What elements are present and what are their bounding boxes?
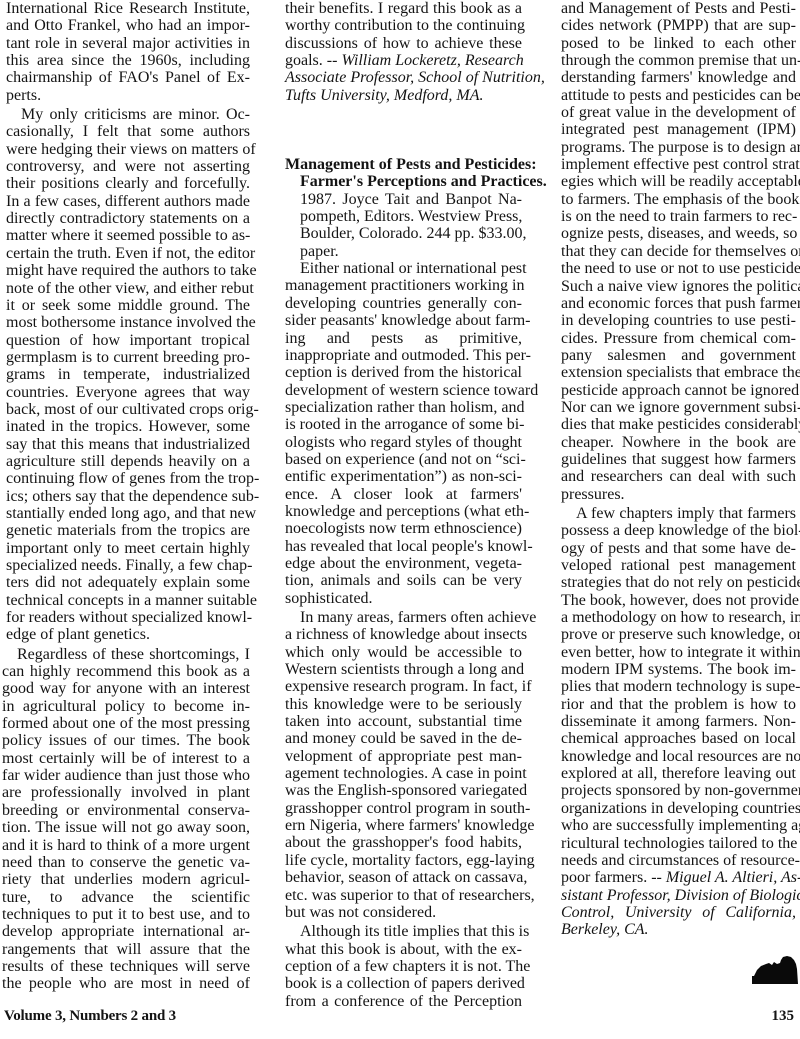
text-line: back, most of our cultivated crops orig-: [6, 401, 250, 418]
text-line: expensive research program. In fact, if: [285, 678, 522, 695]
text-line: stantially ended long ago, and that new: [6, 505, 250, 522]
review-closing-text: goals. --: [285, 52, 341, 69]
text-line: is on the need to train farmers to rec-: [561, 208, 796, 225]
text-line: specialized needs. Finally, a few chap-: [6, 557, 250, 574]
text-line: discussions of how to achieve these: [285, 35, 522, 52]
paragraph-few-chapters: A few chapters imply that farmers posses…: [561, 505, 796, 939]
text-line: egies which will be readily acceptable: [561, 173, 796, 190]
text-line: implement effective pest control strat-: [561, 156, 796, 173]
left-column: International Rice Research Institute, a…: [6, 0, 250, 993]
text-line: guidelines that suggest how farmers: [561, 451, 796, 468]
text-line: Such a naive view ignores the political: [561, 278, 796, 295]
book-citation: 1987. Joyce Tait and Banpot Na-: [285, 191, 522, 208]
text-line: ogy of pests and that some have de-: [561, 540, 796, 557]
text-line: cides network (PMPP) that are sup-: [561, 17, 796, 34]
text-line: grasshopper control program in south-: [285, 800, 522, 817]
text-line: far wider audience than just those who: [2, 767, 250, 784]
text-line: velopment of appropriate pest man-: [285, 748, 522, 765]
text-line: Although its title implies that this is: [285, 923, 522, 940]
text-line: germplasm is to current breeding pro-: [6, 349, 250, 366]
text-line: and it is hard to think of a more urgent: [2, 837, 250, 854]
text-line: certain the truth. Even if not, the edit…: [6, 245, 250, 262]
text-line: are professionally involved in plant: [2, 784, 250, 801]
text-line: veloped rational pest management: [561, 557, 796, 574]
text-line: even better, how to integrate it within: [561, 644, 796, 661]
text-line: from a conference of the Perception: [285, 993, 522, 1010]
paragraph-title-implies: Although its title implies that this is …: [285, 923, 522, 1010]
text-line: countries. Everyone agrees that way: [6, 384, 250, 401]
text-line: developing countries generally con-: [285, 295, 522, 312]
text-line: is rooted in the arrogance of some bi-: [285, 416, 522, 433]
text-line: ture, to advance the scientific: [2, 889, 250, 906]
text-line: it or seek some middle ground. The: [6, 297, 250, 314]
text-line: ing and pests as primitive,: [285, 330, 522, 347]
text-line: that they can decide for themselves on: [561, 243, 796, 260]
book-citation: Boulder, Colorado. 244 pp. $33.00,: [285, 225, 522, 242]
text-line: and Management of Pests and Pesti-: [561, 0, 796, 17]
text-line: matter where it seemed possible to as-: [6, 227, 250, 244]
text-line: ics; others say that the dependence sub-: [6, 488, 250, 505]
text-line: results of these techniques will serve: [2, 958, 250, 975]
text-line: In many areas, farmers often achieve: [285, 609, 522, 626]
book-subtitle: Farmer's Perceptions and Practices.: [285, 173, 522, 190]
book-entry: Management of Pests and Pesticides: Farm…: [285, 156, 522, 260]
text-line: pany salesmen and government: [561, 347, 796, 364]
text-line: knowledge and local resources are not: [561, 748, 796, 765]
text-line: Either national or international pest: [285, 260, 522, 277]
text-line: disseminate it among farmers. Non-: [561, 713, 796, 730]
text-line: controversy, and were not asserting: [6, 158, 250, 175]
text-line: in developing countries to use pesti-: [561, 312, 796, 329]
text-line: policy issues of our times. The book: [2, 732, 250, 749]
text-line: and money could be saved in the de-: [285, 730, 522, 747]
text-line: and Otto Frankel, who had an impor-: [6, 17, 250, 34]
text-line: were hedging their views on matters of: [6, 141, 250, 158]
paragraph-richness: In many areas, farmers often achieve a r…: [285, 609, 522, 921]
text-line: ception is derived from the historical: [285, 364, 522, 381]
text-line: prove or preserve such knowledge, or: [561, 626, 796, 643]
text-line: strategies that do not rely on pesticide…: [561, 574, 796, 591]
text-line: pressures.: [561, 486, 796, 503]
text-line: continuing flow of genes from the trop-: [6, 470, 250, 487]
text-line: their benefits. I regard this book as a: [285, 0, 522, 17]
text-line: technical concepts in a manner suitable: [6, 592, 250, 609]
text-line: derstanding farmers' knowledge and: [561, 69, 796, 86]
text-line: etc. was superior to that of researchers…: [285, 887, 522, 904]
text-line: noecologists now term ethnoscience): [285, 520, 522, 537]
text-line: important only to meet certain highly: [6, 540, 250, 557]
text-line: agement technologies. A case in point: [285, 765, 522, 782]
text-line: about the grasshopper's food habits,: [285, 834, 522, 851]
text-line: most bothersome instance involved the: [6, 314, 250, 331]
text-line: genetic materials from the tropics are: [6, 522, 250, 539]
text-line: edge of plant genetics.: [6, 626, 250, 643]
text-line: formed about one of the most pressing: [2, 715, 250, 732]
text-line: posed to be linked to each other: [561, 35, 796, 52]
text-line: knowledge and perceptions (what eth-: [285, 503, 522, 520]
text-line: inated in the tropics. However, some: [6, 418, 250, 435]
reviewer-affiliation: Tufts University, Medford, MA.: [285, 87, 522, 104]
text-line: to farmers. The emphasis of the book: [561, 191, 796, 208]
text-line: question of how important tropical: [6, 332, 250, 349]
text-line: grams in temperate, industrialized: [6, 366, 250, 383]
text-line: of great value in the development of: [561, 104, 796, 121]
text-line: directly contradictory statements on a: [6, 210, 250, 227]
text-line: edge about the environment, vegeta-: [285, 555, 522, 572]
paragraph-frankel: International Rice Research Institute, a…: [6, 0, 250, 104]
text-line: development of western science toward: [285, 382, 522, 399]
text-line: goals. -- William Lockeretz, Research: [285, 52, 522, 69]
text-line: but was not considered.: [285, 904, 522, 921]
text-line: who are successfully implementing ag-: [561, 817, 796, 834]
text-line: Nor can we ignore government subsi-: [561, 399, 796, 416]
text-line: organizations in developing countries,: [561, 800, 796, 817]
text-line: perts.: [6, 87, 250, 104]
farm-silhouette-icon: [752, 952, 798, 984]
text-line: extension specialists that embrace the: [561, 364, 796, 381]
text-line: and economic forces that push farmers: [561, 295, 796, 312]
journal-volume: Volume 3, Numbers 2 and 3: [4, 1008, 176, 1025]
reviewer-affiliation: Berkeley, CA.: [561, 921, 796, 938]
text-line: ence. A closer look at farmers': [285, 486, 522, 503]
paragraph-pmpp: and Management of Pests and Pesti- cides…: [561, 0, 796, 503]
text-line: the need to use or not to use pesticides…: [561, 260, 796, 277]
text-line: integrated pest management (IPM): [561, 121, 796, 138]
text-line: note of the other view, and either rebut: [6, 280, 250, 297]
text-line: Western scientists through a long and: [285, 661, 522, 678]
page-number: 135: [772, 1008, 795, 1025]
text-line: this knowledge were to be seriously: [285, 696, 522, 713]
review-closing-text: poor farmers. --: [561, 869, 666, 886]
text-line: need than to conserve the genetic va-: [2, 854, 250, 871]
text-line: Regardless of these shortcomings, I: [2, 646, 250, 663]
text-line: breeding or environmental conserva-: [2, 802, 250, 819]
text-line: sophisticated.: [285, 590, 522, 607]
text-line: agriculture still depends heavily on a: [6, 453, 250, 470]
text-line: ception of a few chapters it is not. The: [285, 958, 522, 975]
right-column: and Management of Pests and Pesti- cides…: [561, 0, 796, 939]
text-line: through the common premise that un-: [561, 52, 796, 69]
text-line: programs. The purpose is to design and: [561, 139, 796, 156]
text-line: say that this means that industrialized: [6, 436, 250, 453]
text-line: this area since the 1960s, including: [6, 52, 250, 69]
reviewer-affiliation: sistant Professor, Division of Biologica…: [561, 887, 796, 904]
text-line: chairmanship of FAO's Panel of Ex-: [6, 69, 250, 86]
text-line: what this book is about, with the ex-: [285, 941, 522, 958]
paragraph-criticisms: My only criticisms are minor. Oc- casion…: [6, 106, 250, 644]
text-line: rior and that the problem is how to: [561, 696, 796, 713]
text-line: The book, however, does not provide: [561, 592, 796, 609]
reviewer-affiliation: Associate Professor, School of Nutrition…: [285, 69, 522, 86]
text-line: A few chapters imply that farmers: [561, 505, 796, 522]
text-line: chemical approaches based on local: [561, 730, 796, 747]
text-line: most certainly will be of interest to a: [2, 750, 250, 767]
text-line: and researchers can deal with such: [561, 468, 796, 485]
text-line: plies that modern technology is supe-: [561, 678, 796, 695]
text-line: attitude to pests and pesticides can be: [561, 87, 796, 104]
text-line: was the English-sponsored variegated: [285, 782, 522, 799]
text-line: casionally, I felt that some authors: [6, 123, 250, 140]
text-line: book is a collection of papers derived: [285, 975, 522, 992]
text-line: poor farmers. -- Miguel A. Altieri, As-: [561, 869, 796, 886]
text-line: tion. The issue will not go away soon,: [2, 819, 250, 836]
text-line: can highly recommend this book as a: [2, 663, 250, 680]
text-line: ern Nigeria, where farmers' knowledge: [285, 817, 522, 834]
paragraph-recommendation: Regardless of these shortcomings, I can …: [2, 646, 250, 993]
text-line: a richness of knowledge about insects: [285, 626, 522, 643]
text-line: needs and circumstances of resource-: [561, 852, 796, 869]
text-line: riety that underlies modern agricul-: [2, 871, 250, 888]
text-line: good way for anyone with an interest: [2, 680, 250, 697]
reviewer-name: William Lockeretz, Research: [341, 52, 523, 69]
text-line: cheaper. Nowhere in the book are: [561, 434, 796, 451]
middle-column: their benefits. I regard this book as a …: [285, 0, 522, 1010]
text-line: based on experience (and not on “sci-: [285, 451, 522, 468]
text-line: specialization rather than holism, and: [285, 399, 522, 416]
text-line: modern IPM systems. The book im-: [561, 661, 796, 678]
text-line: My only criticisms are minor. Oc-: [6, 106, 250, 123]
text-line: the people who are most in need of: [2, 975, 250, 992]
text-line: their positions clearly and forcefully.: [6, 175, 250, 192]
text-line: which only would be accessible to: [285, 644, 522, 661]
text-line: taken into account, substantial time: [285, 713, 522, 730]
text-line: dies that make pesticides considerably: [561, 416, 796, 433]
text-line: sider peasants' knowledge about farm-: [285, 312, 522, 329]
text-line: In a few cases, different authors made: [6, 193, 250, 210]
book-title: Management of Pests and Pesticides:: [285, 156, 522, 173]
reviewer-name: Miguel A. Altieri, As-: [666, 869, 800, 886]
text-line: possess a deep knowledge of the biol-: [561, 522, 796, 539]
text-line: cides. Pressure from chemical com-: [561, 330, 796, 347]
text-line: ologists who regard styles of thought: [285, 434, 522, 451]
text-line: inappropriate and outmoded. This per-: [285, 347, 522, 364]
text-line: techniques to put it to best use, and to: [2, 906, 250, 923]
text-line: life cycle, mortality factors, egg-layin…: [285, 852, 522, 869]
text-line: pesticide approach cannot be ignored.: [561, 382, 796, 399]
text-line: International Rice Research Institute,: [6, 0, 250, 17]
text-line: explored at all, therefore leaving out: [561, 765, 796, 782]
text-line: tion, animals and soils can be very: [285, 572, 522, 589]
text-line: ricultural technologies tailored to the: [561, 835, 796, 852]
text-line: entific experimentation”) as non-sci-: [285, 468, 522, 485]
reviewer-affiliation: Control, University of California,: [561, 904, 796, 921]
book-citation: paper.: [285, 243, 522, 260]
text-line: develop appropriate international ar-: [2, 923, 250, 940]
review-ending: their benefits. I regard this book as a …: [285, 0, 522, 104]
text-line: for readers without specialized knowl-: [6, 609, 250, 626]
text-line: worthy contribution to the continuing: [285, 17, 522, 34]
paragraph-practitioners: Either national or international pest ma…: [285, 260, 522, 607]
text-line: might have required the authors to take: [6, 262, 250, 279]
text-line: has revealed that local people's knowl-: [285, 538, 522, 555]
text-line: tant role in several major activities in: [6, 35, 250, 52]
text-line: rangements that will assure that the: [2, 941, 250, 958]
book-citation: pompeth, Editors. Westview Press,: [285, 208, 522, 225]
text-line: ognize pests, diseases, and weeds, so: [561, 225, 796, 242]
text-line: in agricultural policy to become in-: [2, 698, 250, 715]
text-line: ters did not adequately explain some: [6, 574, 250, 591]
text-line: behavior, season of attack on cassava,: [285, 869, 522, 886]
text-line: a methodology on how to research, im-: [561, 609, 796, 626]
text-line: projects sponsored by non-government: [561, 782, 796, 799]
text-line: management practitioners working in: [285, 277, 522, 294]
